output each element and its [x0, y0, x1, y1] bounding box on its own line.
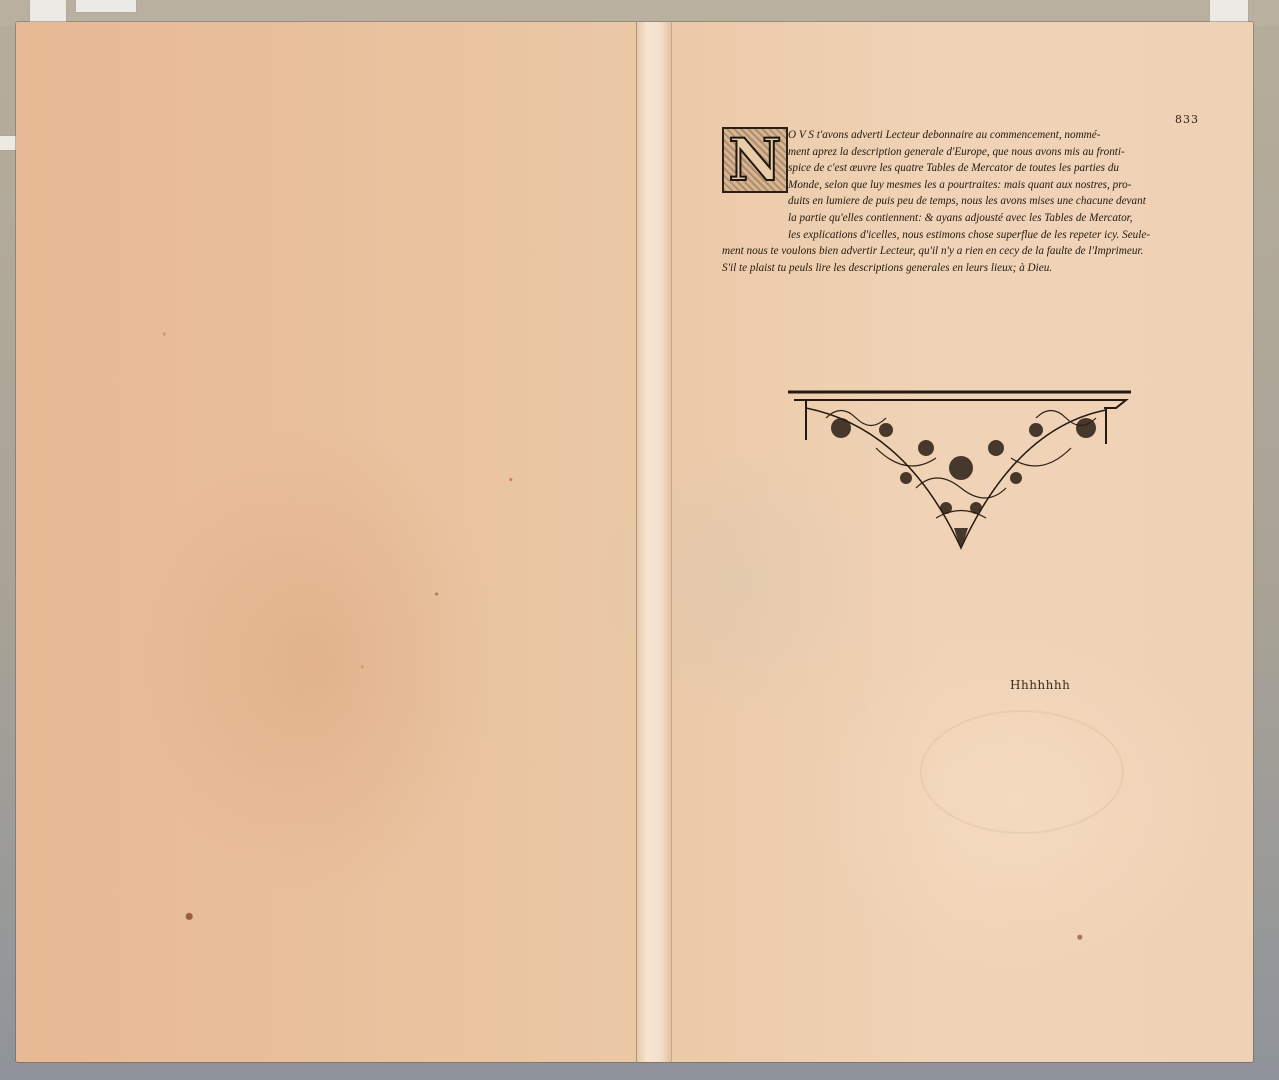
center-guard-strip [636, 22, 672, 1062]
signature-mark: Hhhhhhh [1010, 678, 1070, 692]
text-line: ment aprez la description generale d'Eur… [722, 144, 1214, 161]
preface-text: O V S t'avons adverti Lecteur debonnaire… [722, 127, 1214, 276]
left-page-blank [16, 22, 636, 1062]
text-line: la partie qu'elles contiennent: & ayans … [722, 210, 1214, 227]
text-line: duits en lumiere de puis peu de temps, n… [722, 193, 1214, 210]
tape-top-left-2 [76, 0, 136, 12]
text-line: S'il te plaist tu peuls lire les descrip… [722, 260, 1214, 277]
text-line: spice de c'est œuvre les quatre Tables d… [722, 160, 1214, 177]
show-through-cartouche [920, 710, 1124, 834]
tailpiece-ornament-icon [786, 388, 1161, 558]
page-number: 833 [1175, 113, 1199, 126]
text-line: O V S t'avons adverti Lecteur debonnaire… [722, 127, 1214, 144]
text-line: les explications d'icelles, nous estimon… [722, 227, 1214, 244]
text-line: Monde, selon que luy mesmes les a pourtr… [722, 177, 1214, 194]
text-line: ment nous te voulons bien advertir Lecte… [722, 243, 1214, 260]
